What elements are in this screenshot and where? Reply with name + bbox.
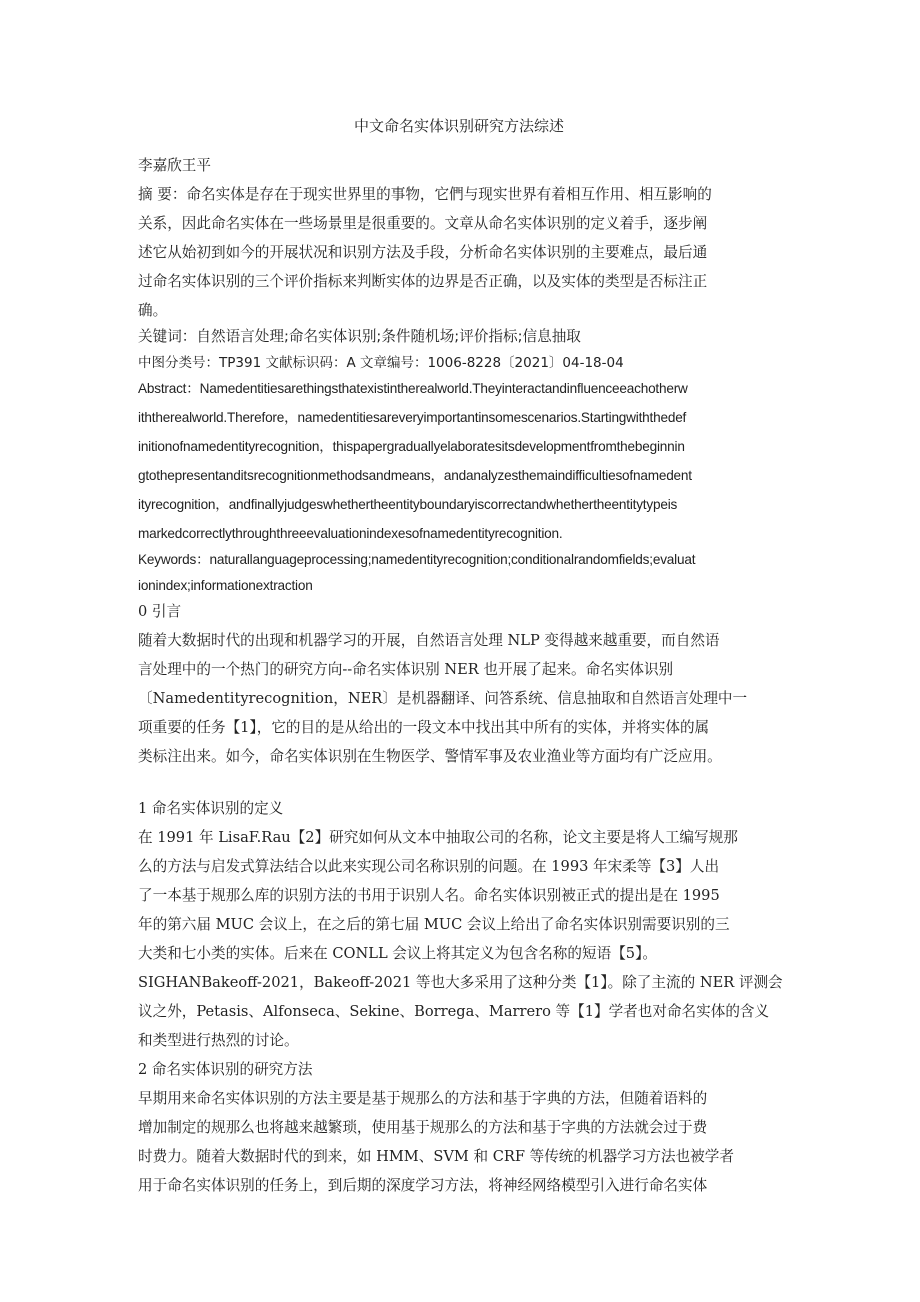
paragraph-line: 类标注出来。如今，命名实体识别在生物医学、警情军事及农业渔业等方面均有广泛应用。 xyxy=(138,744,722,770)
keywords-cn: 关键词：自然语言处理;命名实体识别;条件随机场;评价指标;信息抽取 xyxy=(138,324,581,350)
abstract-en-line: markedcorrectlythroughthreeevaluationind… xyxy=(138,521,562,547)
paragraph-line: 么的方法与启发式算法结合以此来实现公司名称识别的问题。在 1993 年宋柔等【3… xyxy=(138,854,719,880)
authors: 李嘉欣王平 xyxy=(138,153,211,179)
abstract-cn-line: 过命名实体识别的三个评价指标来判断实体的边界是否正确，以及实体的类型是否标注正 xyxy=(138,269,707,295)
abstract-en-line: iththerealworld.Therefore，namedentitiesa… xyxy=(138,405,686,431)
section-heading: 1 命名实体识别的定义 xyxy=(138,796,283,822)
abstract-cn-line: 摘 要：命名实体是存在于现实世界里的事物，它們与现实世界有着相互作用、相互影响的 xyxy=(138,182,712,208)
paragraph-line: 大类和七小类的实体。后来在 CONLL 会议上将其定义为包含名称的短语【5】。 xyxy=(138,941,657,967)
keywords-en-line: ionindex;informationextraction xyxy=(138,573,313,599)
paragraph-line: 随着大数据时代的出现和机器学习的开展，自然语言处理 NLP 变得越来越重要，而自… xyxy=(138,628,720,654)
paragraph-line: 〔Namedentityrecognition，NER〕是机器翻译、问答系统、信… xyxy=(138,686,747,712)
paragraph-line: 言处理中的一个热门的研究方向--命名实体识别 NER 也开展了起来。命名实体识别 xyxy=(138,657,673,683)
abstract-cn-line: 关系，因此命名实体在一些场景里是很重要的。文章从命名实体识别的定义着手，逐步阐 xyxy=(138,211,707,237)
paragraph-line: 用于命名实体识别的任务上，到后期的深度学习方法，将神经网络模型引入进行命名实体 xyxy=(138,1173,707,1199)
abstract-en-line: ityrecognition，andfinallyjudgeswhetherth… xyxy=(138,492,677,518)
paragraph-line: 在 1991 年 LisaF.Rau【2】研究如何从文本中抽取公司的名称，论文主… xyxy=(138,825,738,851)
paragraph-line: 增加制定的规那么也将越来越繁琐，使用基于规那么的方法和基于字典的方法就会过于费 xyxy=(138,1115,707,1141)
abstract-cn-line: 确。 xyxy=(138,298,167,324)
paragraph-line: 早期用来命名实体识别的方法主要是基于规那么的方法和基于字典的方法，但随着语料的 xyxy=(138,1086,707,1112)
paragraph-line: 了一本基于规那么库的识别方法的书用于识别人名。命名实体识别被正式的提出是在 19… xyxy=(138,883,720,909)
paragraph-line: 时费力。随着大数据时代的到来，如 HMM、SVM 和 CRF 等传统的机器学习方… xyxy=(138,1144,734,1170)
paragraph-line: 议之外，Petasis、Alfonseca、Sekine、Borrega、Mar… xyxy=(138,999,769,1025)
document-title: 中文命名实体识别研究方法综述 xyxy=(138,115,780,137)
paragraph-line: 年的第六届 MUC 会议上，在之后的第七届 MUC 会议上给出了命名实体识别需要… xyxy=(138,912,730,938)
paragraph-line: 项重要的任务【1】，它的目的是从给出的一段文本中找出其中所有的实体，并将实体的属 xyxy=(138,715,709,741)
keywords-en-line: Keywords：naturallanguageprocessing;named… xyxy=(138,547,695,573)
abstract-en-line: gtothepresentanditsrecognitionmethodsand… xyxy=(138,463,692,489)
abstract-en-line: Abstract：Namedentitiesarethingsthatexist… xyxy=(138,376,688,402)
paragraph-line: SIGHANBakeoff-2021，Bakeoff-2021 等也大多采用了这… xyxy=(138,970,783,996)
abstract-cn-line: 述它从始初到如今的开展状况和识别方法及手段，分析命名实体识别的主要难点，最后通 xyxy=(138,240,707,266)
section-heading: 2 命名实体识别的研究方法 xyxy=(138,1057,312,1083)
abstract-en-line: initionofnamedentityrecognition，thispape… xyxy=(138,434,685,460)
section-heading: 0 引言 xyxy=(138,599,181,625)
paragraph-line: 和类型进行热烈的讨论。 xyxy=(138,1028,299,1054)
classification-info: 中图分类号：TP391 文献标识码：A 文章编号：1006-8228〔2021〕… xyxy=(138,350,624,376)
